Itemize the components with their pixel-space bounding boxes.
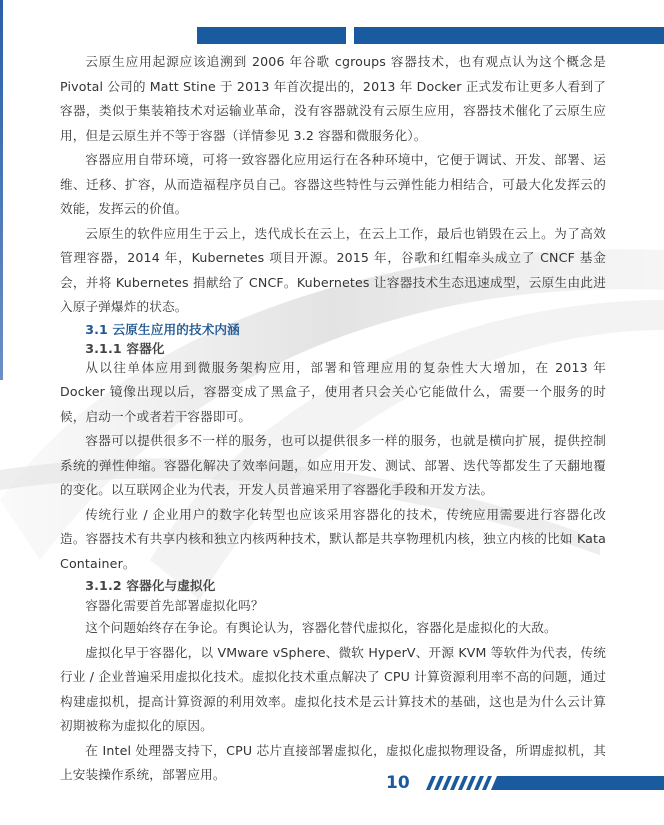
paragraph-debate: 这个问题始终存在争论。有舆论认为，容器化替代虚拟化，容器化是虚拟化的大敌。: [60, 616, 606, 641]
paragraph-virtualization: 虚拟化早于容器化，以 VMware vSphere、微软 HyperV、开源 K…: [60, 641, 606, 739]
footer-striped-bar: [426, 776, 664, 790]
paragraph-services: 容器可以提供很多不一样的服务，也可以提供很多一样的服务，也就是横向扩展，提供控制…: [60, 429, 606, 503]
page-number: 10: [386, 773, 410, 793]
question-line: 容器化需要首先部署虚拟化吗？: [60, 595, 606, 616]
left-edge-accent: [0, 0, 3, 380]
section-heading: 3.1 云原生应用的技术内涵: [60, 320, 606, 339]
paragraph-black-box: 从以往单体应用到微服务架构应用，部署和管理应用的复杂性大大增加，在 2013 年…: [60, 356, 606, 430]
header-bar-1: [197, 27, 346, 44]
article-body: 云原生应用起源应该追溯到 2006 年谷歌 cgroups 容器技术，也有观点认…: [60, 50, 606, 788]
header-bar-2: [354, 27, 415, 44]
paragraph-container-env: 容器应用自带环境，可将一致容器化应用运行在各种环境中，它便于调试、开发、部署、运…: [60, 148, 606, 222]
paragraph-traditional: 传统行业 / 企业用户的数字化转型也应该采用容器化的技术，传统应用需要进行容器化…: [60, 503, 606, 577]
subsection-heading-virtualization: 3.1.2 容器化与虚拟化: [60, 576, 606, 595]
paragraph-origin: 云原生应用起源应该追溯到 2006 年谷歌 cgroups 容器技术，也有观点认…: [60, 50, 606, 148]
paragraph-kubernetes: 云原生的软件应用生于云上，迭代成长在云上，在云上工作，最后也销毁在云上。为了高效…: [60, 222, 606, 320]
header-bar-3: [413, 27, 664, 44]
